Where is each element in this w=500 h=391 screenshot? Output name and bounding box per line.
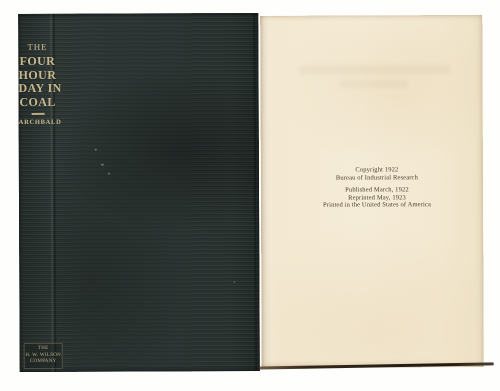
spine-author: ARCHBALD xyxy=(19,119,57,127)
copyright-imprint-block: Copyright 1922 Bureau of Industrial Rese… xyxy=(271,166,483,209)
copyright-page: Copyright 1922 Bureau of Industrial Rese… xyxy=(260,15,484,368)
spine-title-line: COAL xyxy=(19,95,57,109)
dust-speck xyxy=(95,149,97,151)
dust-speck xyxy=(108,173,110,175)
spine-rule xyxy=(31,113,44,115)
book: THE FOUR HOUR DAY IN COAL ARCHBALD THE H… xyxy=(0,0,500,391)
publisher-line: COMPANY xyxy=(25,359,62,366)
spine-title-line: FOUR xyxy=(18,55,56,69)
spine-title-block: THE FOUR HOUR DAY IN COAL ARCHBALD xyxy=(18,42,56,127)
book-photograph: THE FOUR HOUR DAY IN COAL ARCHBALD THE H… xyxy=(0,0,500,391)
printing-line: Printed in the United States of America xyxy=(271,201,483,209)
publisher-imprint: THE H. W. WILSON COMPANY xyxy=(24,343,63,369)
spine-title-line: THE xyxy=(18,42,56,53)
dust-speck xyxy=(233,281,235,283)
book-cover: THE FOUR HOUR DAY IN COAL ARCHBALD THE H… xyxy=(18,13,260,372)
page-showthrough-smudge xyxy=(298,65,450,75)
cover-edge-shadow xyxy=(252,13,257,371)
dust-speck xyxy=(101,164,104,166)
page-showthrough-smudge xyxy=(339,80,407,87)
spine-title-line: DAY IN xyxy=(19,82,57,96)
